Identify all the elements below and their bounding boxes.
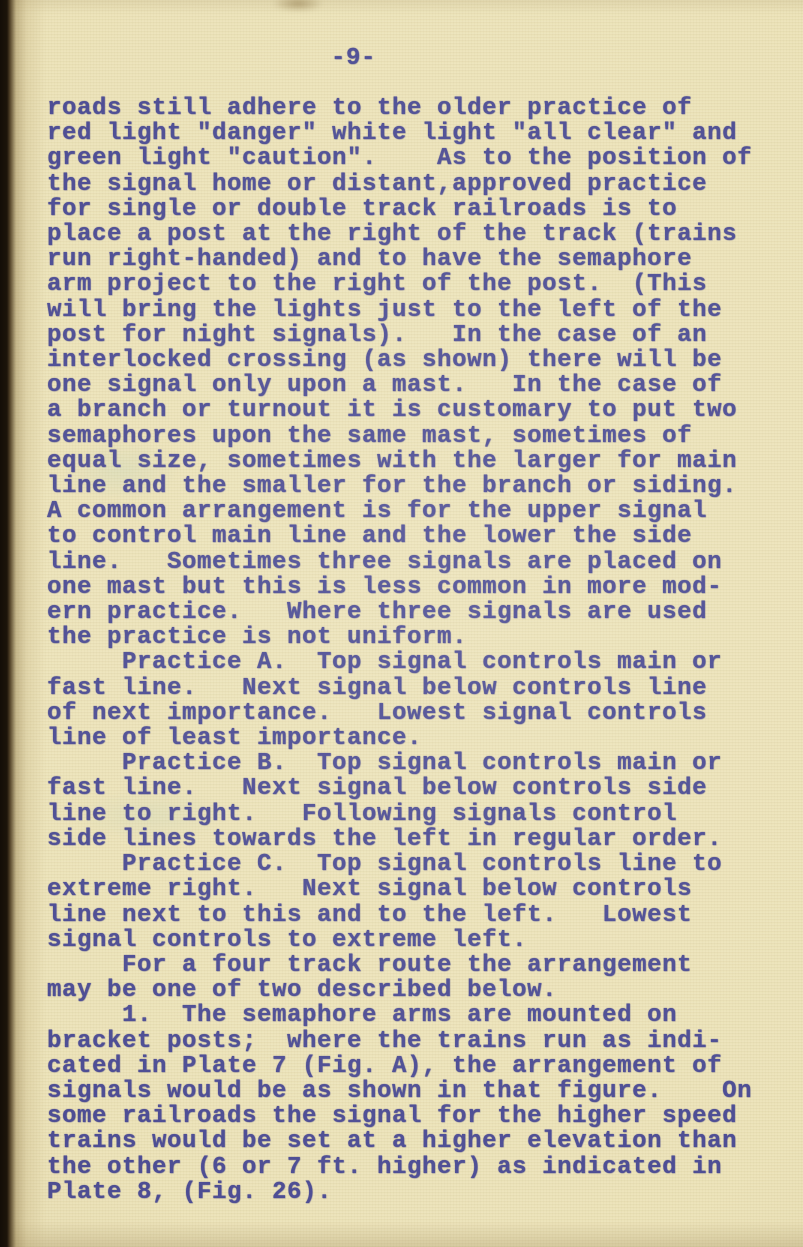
typewritten-page: -9- roads still adhere to the older prac… xyxy=(0,0,803,1247)
page-number: -9- xyxy=(331,45,376,72)
paper-stain xyxy=(272,0,324,12)
body-text: roads still adhere to the older practice… xyxy=(47,96,752,1205)
binding-edge xyxy=(0,0,46,1247)
